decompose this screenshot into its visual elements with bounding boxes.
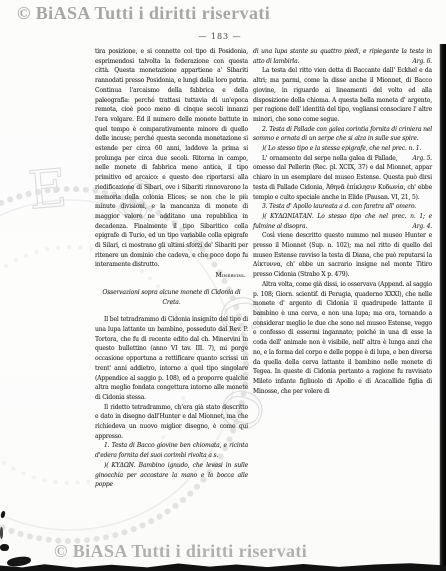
denomination-label: Arg. 4. [397, 222, 432, 232]
author-signature: Minervini. [95, 271, 246, 281]
paragraph-sibari-coinage: tira posizione, e si connette col tipo d… [95, 47, 248, 270]
scan-gutter-shadow-fade [439, 44, 441, 571]
paragraph-diana-commentary: Così viene descritto questo nummo nel mu… [253, 231, 432, 280]
paragraph-bacco-head: La testa del ritto vien detta di Baccant… [253, 66, 432, 124]
copyright-watermark-bottom: © BiASA Tutti i diritti riservati [54, 541, 307, 562]
ink-smudge [0, 511, 6, 519]
left-text-column: tira posizione, e si connette col tipo d… [95, 47, 248, 490]
coin-entry-1-reverse: )( ΚΥΔΩΝ. Bambino ignudo, che levasi in … [95, 461, 248, 490]
coin-entry-1-obverse: 1. Testa di Bacco giovine ben chiomata, … [95, 441, 248, 460]
coin-entry-3-obverse: 3. Testa d' Apollo laureata a d. con far… [253, 202, 432, 212]
copyright-watermark-top: © BiASA Tutti i diritti riservati [17, 3, 270, 24]
coin-entry-2-obverse: 2. Testa di Pallade con galea corintia f… [253, 125, 432, 144]
denomination-label: Arg. 5. [397, 154, 432, 164]
coin-entry-3-reverse: )( ΚΥΔΩΝΙΑΤΑΝ. Lo stesso tipo che nel pr… [253, 212, 432, 231]
coin-entry-2-reverse: )( Lo stesso tipo e la stessa epigrafe, … [253, 144, 432, 154]
ink-smudge [6, 555, 31, 567]
paragraph-tetradramma-described: Il ridetto tetradrammo, ch'era già stato… [95, 403, 248, 442]
denomination-label: Arg. 6. [406, 57, 432, 67]
scanned-page: S E D E S · C O © BiASA Tutti i diritti … [0, 0, 446, 571]
page-number: — 183 — [140, 32, 300, 41]
ink-smudge [0, 544, 9, 551]
article-heading: Osservazioni sopra alcune monete di Cido… [95, 288, 248, 307]
coin-entry-1-reverse-continued: di una lupa stante su quattro piedi, e r… [253, 47, 432, 66]
paragraph-tetradramma-intro: Il bel tetradrammo di Cidonia insignito … [95, 315, 248, 402]
right-text-column: di una lupa stante su quattro piedi, e r… [253, 47, 432, 396]
ink-smudge [0, 527, 3, 539]
paragraph-lupa-cerva: Altra volta, come già dissi, io osservav… [253, 280, 432, 396]
